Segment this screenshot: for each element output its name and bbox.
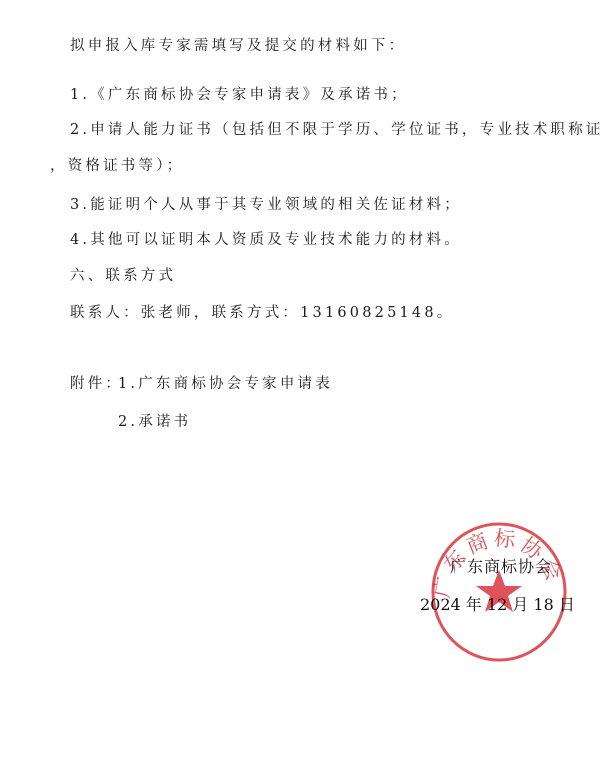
attachments-label: 附件：: [70, 374, 123, 394]
material-item-3: 3.能证明个人从事于其专业领域的相关佐证材料；: [70, 195, 462, 215]
contact-info: 联系人：张老师，联系方式：13160825148。: [70, 303, 454, 323]
intro-text: 拟申报入库专家需填写及提交的材料如下：: [70, 36, 406, 56]
attachment-item-2: 2.承诺书: [118, 412, 191, 432]
material-item-4: 4.其他可以证明本人资质及专业技术能力的材料。: [70, 230, 462, 250]
material-item-2-continued: ，资格证书等）；: [50, 156, 184, 176]
signature-organization: 广东商标协会: [450, 557, 552, 577]
material-item-1: 1.《广东商标协会专家申请表》及承诺书；: [70, 85, 409, 105]
attachment-item-1: 1.广东商标协会专家申请表: [118, 374, 333, 394]
material-item-2: 2.申请人能力证书（包括但不限于学历、学位证书，专业技术职称证: [70, 120, 600, 140]
signature-date: 2024 年 12 月 18 日: [420, 595, 575, 615]
section-heading-contact: 六、联系方式: [70, 266, 176, 286]
official-seal: 广东商标协会: [430, 522, 568, 662]
